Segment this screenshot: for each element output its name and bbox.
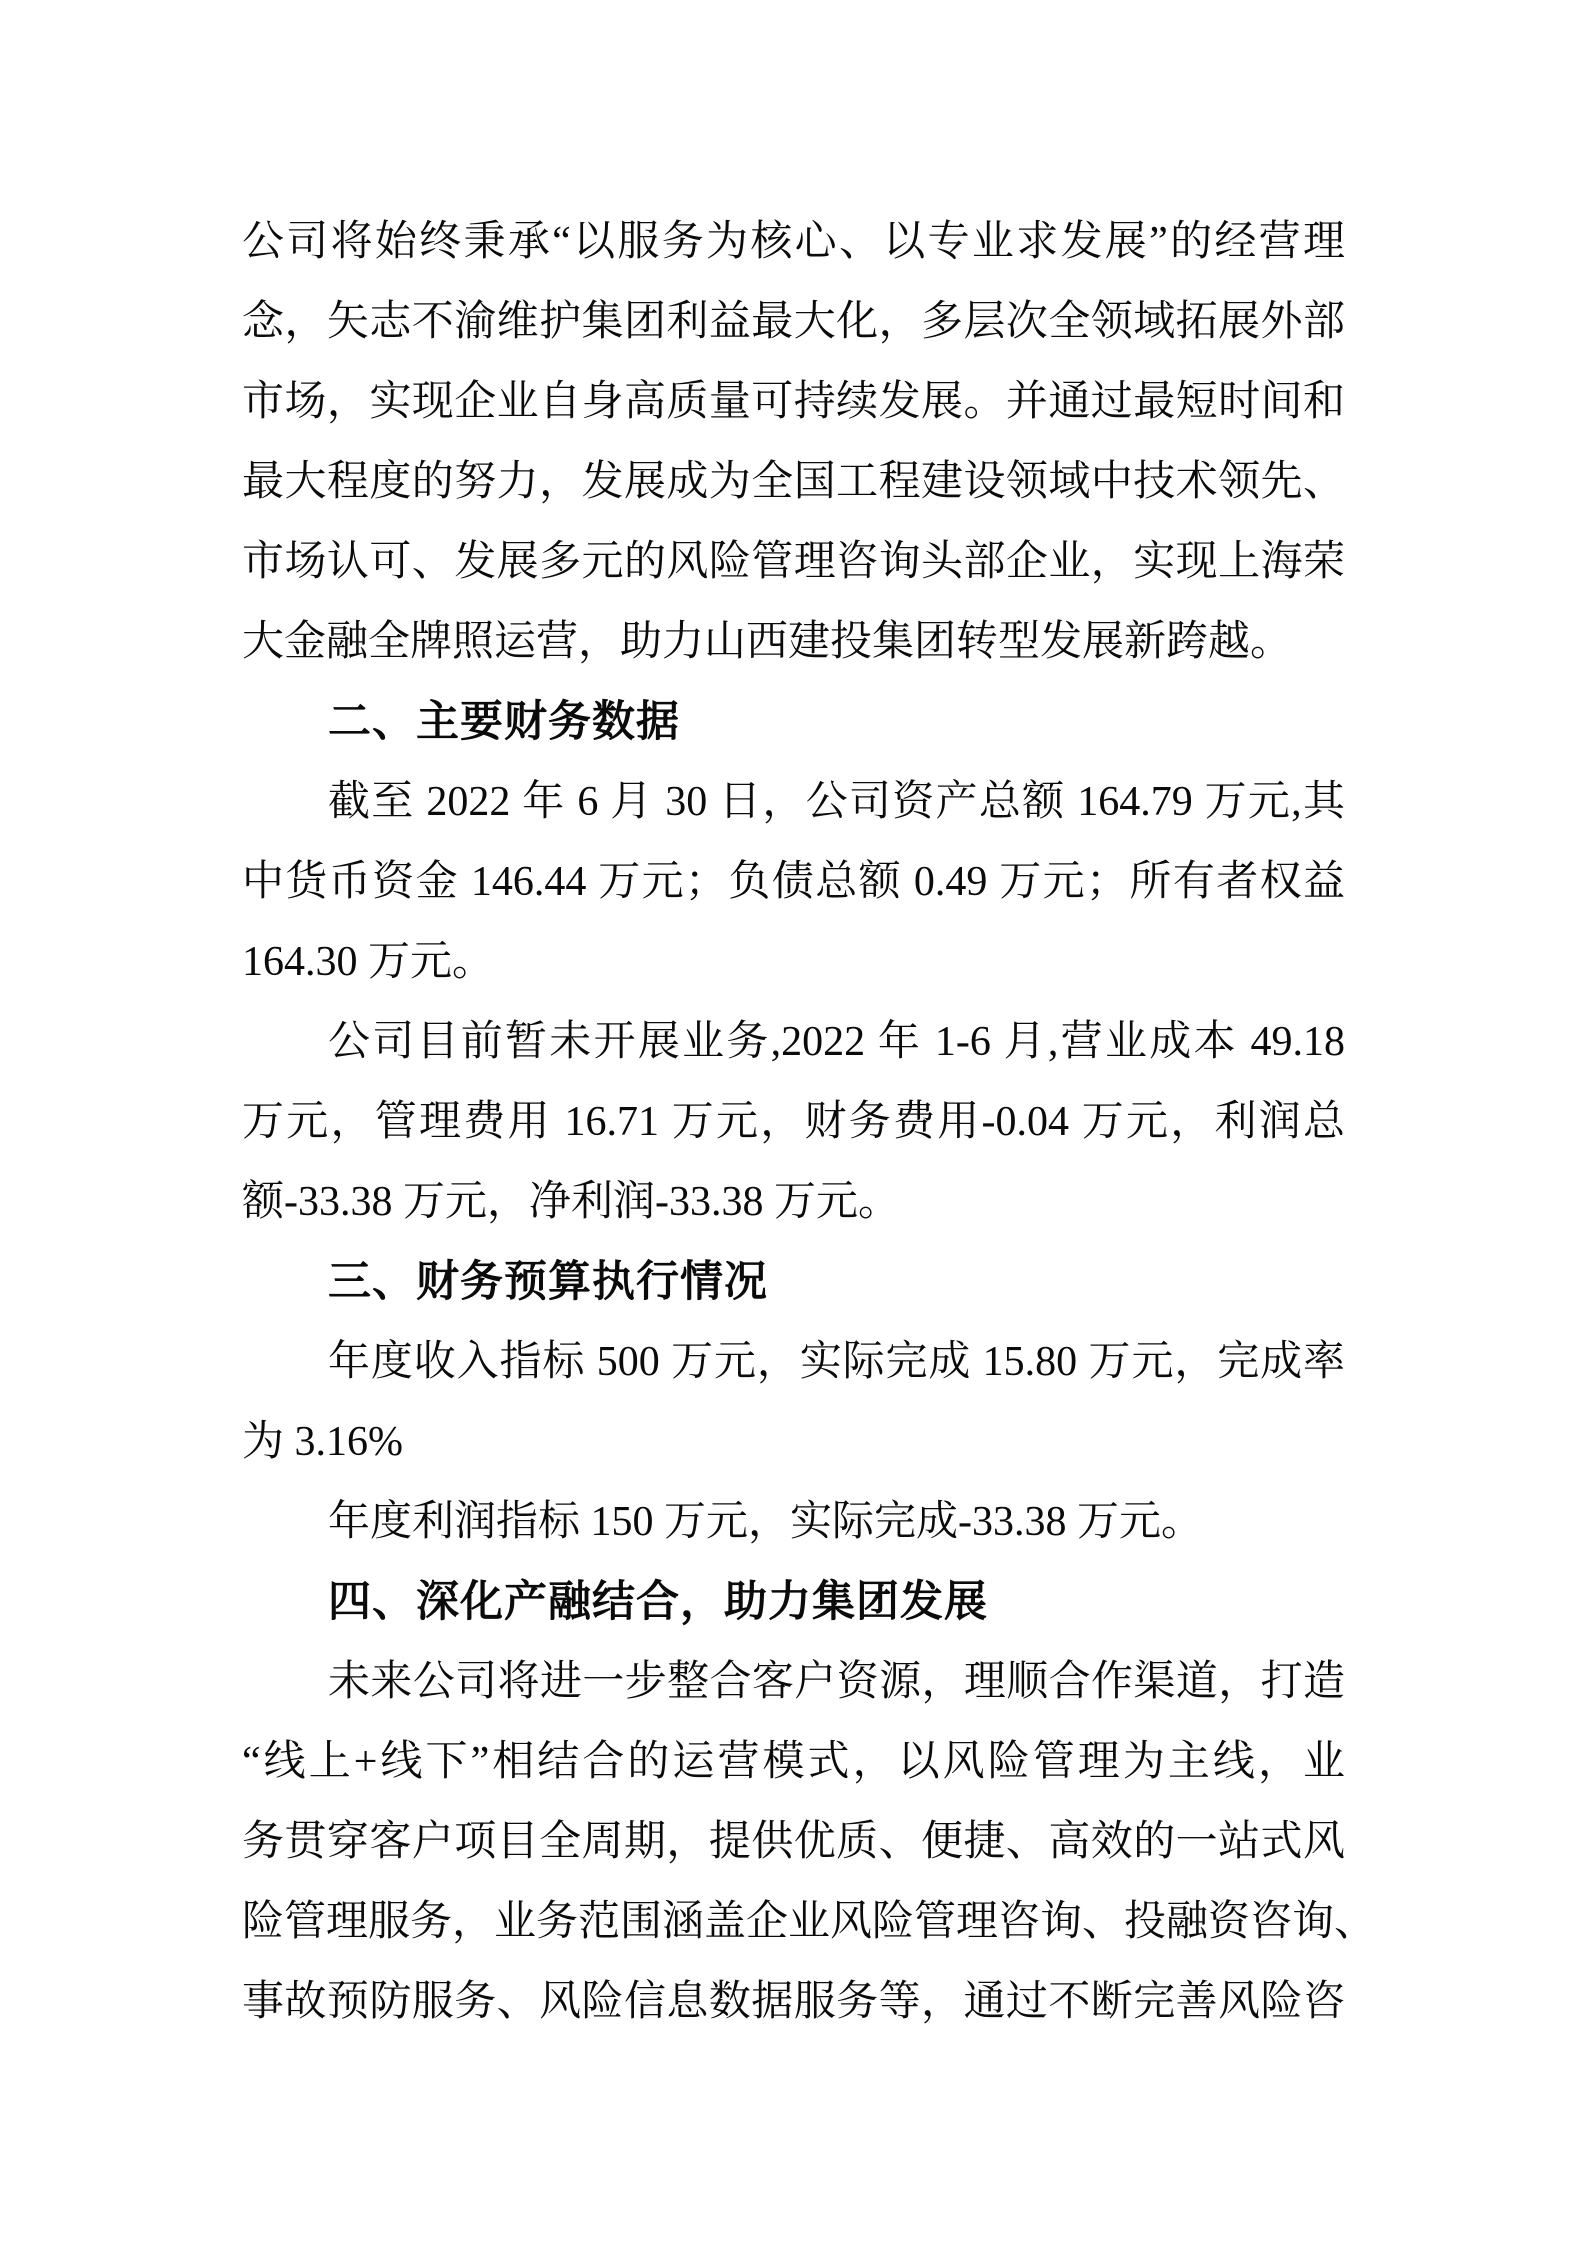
- body-text-line: “线上+线下”相结合的运营模式，以风险管理为主线，业: [242, 1722, 1345, 1802]
- section-heading: 三、财务预算执行情况: [242, 1242, 1345, 1322]
- document-text-block: 公司将始终秉承“以服务为核心、以专业求发展”的经营理念，矢志不渝维护集团利益最大…: [242, 202, 1345, 2042]
- body-text-line: 为 3.16%: [242, 1402, 1345, 1482]
- body-text-line: 额-33.38 万元，净利润-33.38 万元。: [242, 1162, 1345, 1242]
- body-text-line: 市场，实现企业自身高质量可持续发展。并通过最短时间和: [242, 362, 1345, 442]
- section-heading: 四、深化产融结合，助力集团发展: [242, 1562, 1345, 1642]
- body-text-line: 念，矢志不渝维护集团利益最大化，多层次全领域拓展外部: [242, 282, 1345, 362]
- body-text-line: 未来公司将进一步整合客户资源，理顺合作渠道，打造: [242, 1642, 1345, 1722]
- body-text-line: 最大程度的努力，发展成为全国工程建设领域中技术领先、: [242, 442, 1345, 522]
- body-text-line: 大金融全牌照运营，助力山西建投集团转型发展新跨越。: [242, 602, 1345, 682]
- body-text-line: 公司将始终秉承“以服务为核心、以专业求发展”的经营理: [242, 202, 1345, 282]
- body-text-line: 万元，管理费用 16.71 万元，财务费用-0.04 万元，利润总: [242, 1082, 1345, 1162]
- body-text-line: 公司目前暂未开展业务,2022 年 1-6 月,营业成本 49.18: [242, 1002, 1345, 1082]
- body-text-line: 市场认可、发展多元的风险管理咨询头部企业，实现上海荣: [242, 522, 1345, 602]
- body-text-line: 164.30 万元。: [242, 922, 1345, 1002]
- body-text-line: 中货币资金 146.44 万元；负债总额 0.49 万元；所有者权益: [242, 842, 1345, 922]
- section-heading: 二、主要财务数据: [242, 682, 1345, 762]
- body-text-line: 年度收入指标 500 万元，实际完成 15.80 万元，完成率: [242, 1322, 1345, 1402]
- body-text-line: 务贯穿客户项目全周期，提供优质、便捷、高效的一站式风: [242, 1802, 1345, 1882]
- body-text-line: 截至 2022 年 6 月 30 日，公司资产总额 164.79 万元,其: [242, 762, 1345, 842]
- body-text-line: 事故预防服务、风险信息数据服务等，通过不断完善风险咨: [242, 1962, 1345, 2042]
- body-text-line: 年度利润指标 150 万元，实际完成-33.38 万元。: [242, 1482, 1345, 1562]
- body-text-line: 险管理服务，业务范围涵盖企业风险管理咨询、投融资咨询、: [242, 1882, 1345, 1962]
- document-page: 公司将始终秉承“以服务为核心、以专业求发展”的经营理念，矢志不渝维护集团利益最大…: [0, 0, 1587, 2245]
